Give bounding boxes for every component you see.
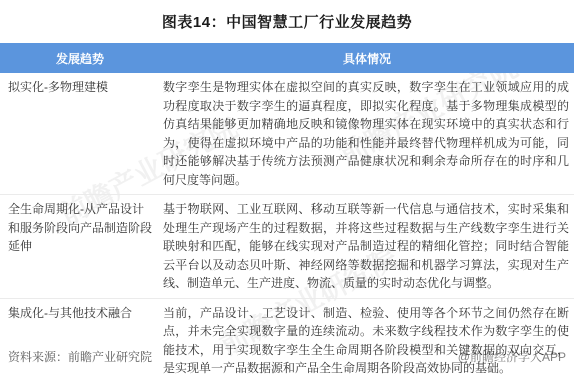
trend-cell: 拟实化-多物理建模 [0,73,160,194]
table-row: 集成化-与其他技术融合 当前，产品设计、工艺设计、制造、检验、使用等各个环节之间… [0,299,574,377]
detail-cell: 数字孪生是物理实体在虚拟空间的真实反映，数字孪生在工业领域应用的成功程度取决于数… [160,73,574,194]
page-title: 图表14：中国智慧工厂行业发展趋势 [0,0,574,32]
trend-cell: 全生命周期化-从产品设计和服务阶段向产品制造阶段延伸 [0,195,160,298]
detail-cell: 基于物联网、工业互联网、移动互联等新一代信息与通信技术，实时采集和处理生产现场产… [160,195,574,298]
trends-table: 发展趋势 具体情况 拟实化-多物理建模 数字孪生是物理实体在虚拟空间的真实反映，… [0,43,574,377]
table-row: 全生命周期化-从产品设计和服务阶段向产品制造阶段延伸 基于物联网、工业互联网、移… [0,195,574,299]
trend-cell: 集成化-与其他技术融合 [0,299,160,377]
column-header-trend: 发展趋势 [0,50,160,67]
column-header-detail: 具体情况 [160,50,574,67]
detail-cell: 当前，产品设计、工艺设计、制造、检验、使用等各个环节之间仍然存在断点，并未完全实… [160,299,574,377]
table-row: 拟实化-多物理建模 数字孪生是物理实体在虚拟空间的真实反映，数字孪生在工业领域应… [0,73,574,195]
report-figure: 图表14：中国智慧工厂行业发展趋势 前瞻产业研究院 前瞻产业研究院 前瞻产业研究… [0,0,574,377]
table-header-row: 发展趋势 具体情况 [0,43,574,73]
